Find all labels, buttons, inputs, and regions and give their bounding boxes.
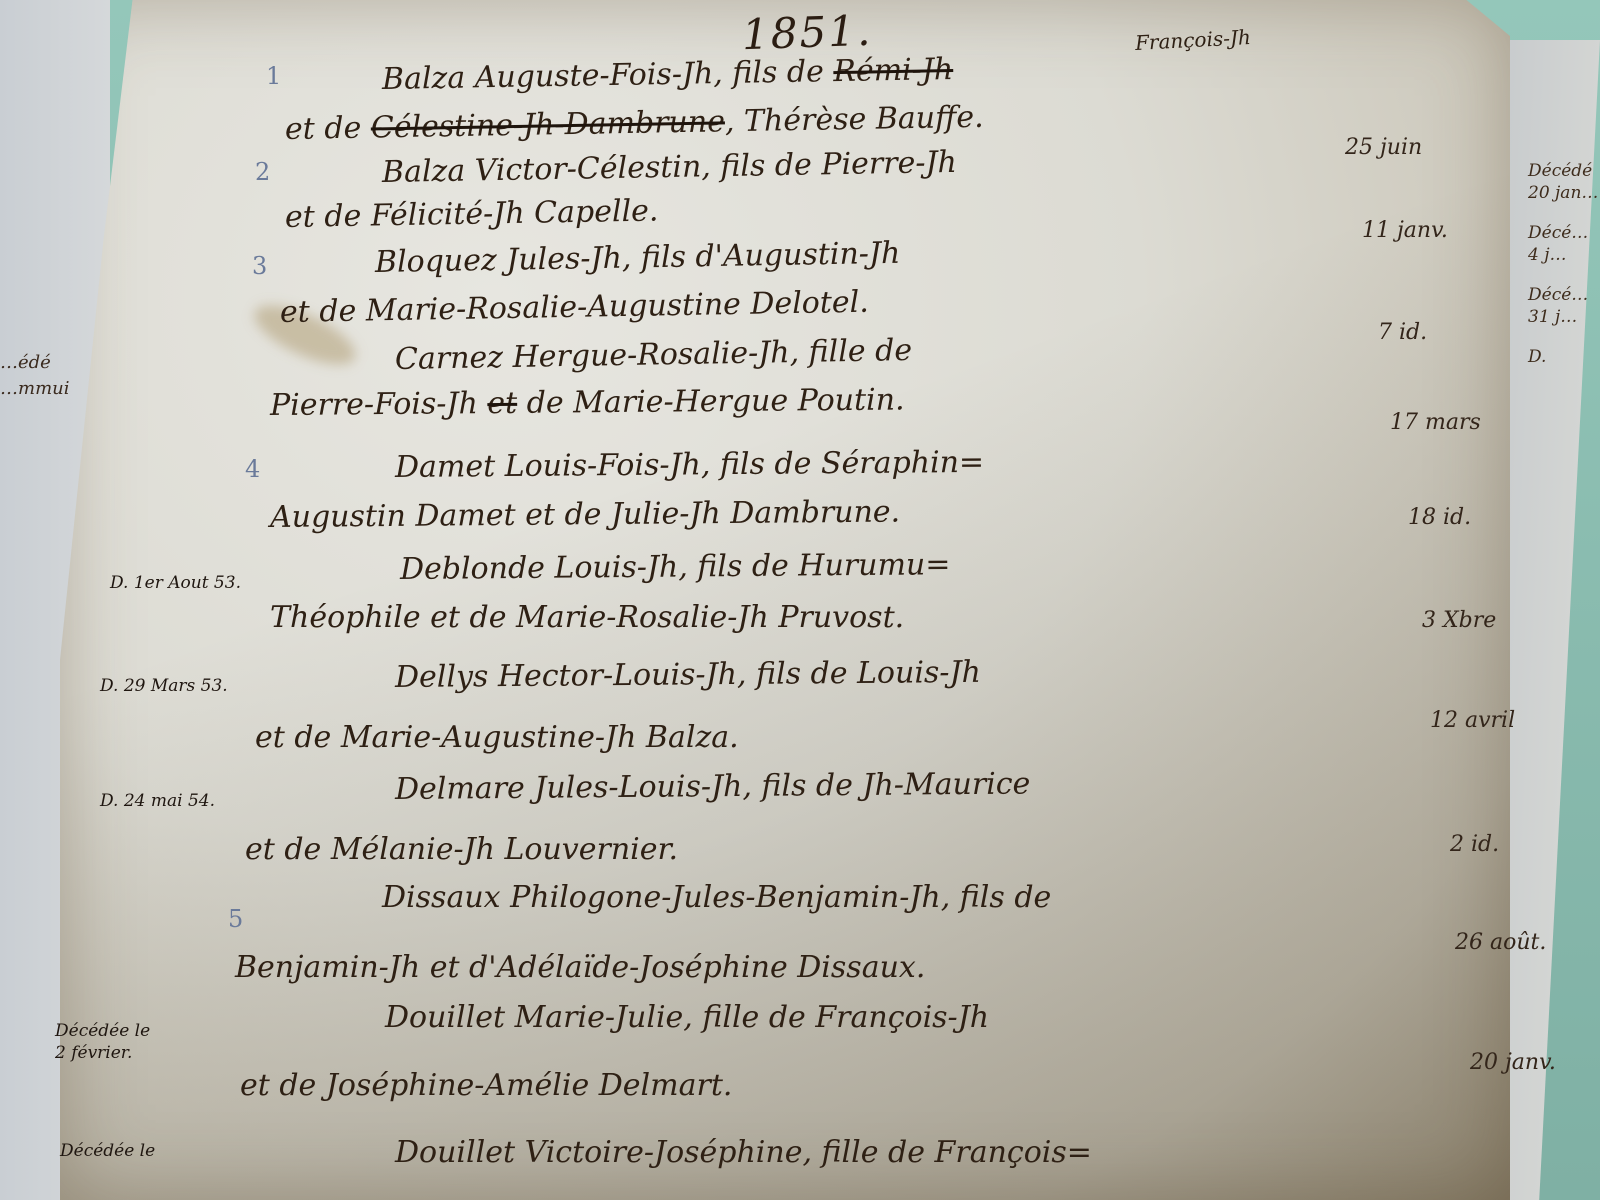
entry-date: 11 janv. — [1362, 218, 1448, 243]
entry-line: Douillet Victoire-Joséphine, fille de Fr… — [395, 1135, 1092, 1170]
margin-death-note: D. 29 Mars 53. — [100, 675, 228, 697]
entry-date: 12 avril — [1430, 708, 1515, 733]
entry-line: Théophile et de Marie-Rosalie-Jh Pruvost… — [270, 600, 904, 635]
entry-date: 26 août. — [1455, 930, 1546, 955]
entry-date: 7 id. — [1378, 320, 1427, 345]
entry-line: Pierre-Fois-Jh et de Marie-Hergue Poutin… — [270, 382, 905, 423]
entry-date: 2 id. — [1450, 832, 1499, 857]
entry-line: Dissaux Philogone-Jules-Benjamin-Jh, fil… — [382, 880, 1051, 915]
entry-line: Damet Louis-Fois-Jh, fils de Séraphin= — [395, 445, 984, 485]
margin-death-note: D. 1er Aout 53. — [110, 572, 241, 594]
margin-death-note: Décédée le 2 février. — [55, 1020, 150, 1064]
entry-line: et de Marie-Rosalie-Augustine Delotel. — [280, 285, 869, 330]
entry-line: Bloquez Jules-Jh, fils d'Augustin-Jh — [375, 236, 901, 280]
entry-date: 18 id. — [1408, 505, 1471, 530]
entry-line: Carnez Hergue-Rosalie-Jh, fille de — [395, 333, 913, 377]
entry-number: 2 — [255, 158, 270, 186]
entry-line: et de Joséphine-Amélie Delmart. — [240, 1068, 732, 1103]
entry-line: Douillet Marie-Julie, fille de François-… — [385, 1000, 989, 1035]
entry-date: 20 janv. — [1470, 1050, 1556, 1075]
entry-line: Augustin Damet et de Julie-Jh Dambrune. — [270, 495, 900, 535]
entry-line: Delmare Jules-Louis-Jh, fils de Jh-Mauri… — [395, 766, 1031, 807]
margin-death-note: D. 24 mai 54. — [100, 790, 215, 812]
margin-death-note: Décédée le — [60, 1140, 155, 1162]
entry-line: Balza Victor-Célestin, fils de Pierre-Jh — [382, 145, 957, 190]
entry-line: et de Marie-Augustine-Jh Balza. — [255, 720, 739, 755]
entry-line: Deblonde Louis-Jh, fils de Hurumu= — [400, 547, 951, 587]
entry-date: 3 Xbre — [1422, 608, 1496, 633]
entry-line: Benjamin-Jh et d'Adélaïde-Joséphine Diss… — [235, 950, 925, 985]
entry-number: 4 — [245, 455, 260, 483]
register-entries: François-Jh 1 Balza Auguste-Fois-Jh, fil… — [0, 0, 1600, 1200]
entry-number: 5 — [228, 905, 243, 933]
entry-line: Balza Auguste-Fois-Jh, fils de Rémi-Jh — [382, 52, 954, 97]
entry-number: 3 — [252, 252, 267, 280]
entry-line: et de Félicité-Jh Capelle. — [285, 193, 659, 235]
entry-number: 1 — [266, 62, 281, 90]
entry-line: et de Mélanie-Jh Louvernier. — [245, 832, 678, 867]
entry-date: 25 juin — [1345, 135, 1422, 160]
entry-line: Dellys Hector-Louis-Jh, fils de Louis-Jh — [395, 655, 981, 695]
interlinear-insertion: François-Jh — [1134, 25, 1251, 55]
entry-line: et de Célestine-Jh-Dambrune, Thérèse Bau… — [285, 100, 984, 147]
entry-date: 17 mars — [1390, 410, 1481, 435]
